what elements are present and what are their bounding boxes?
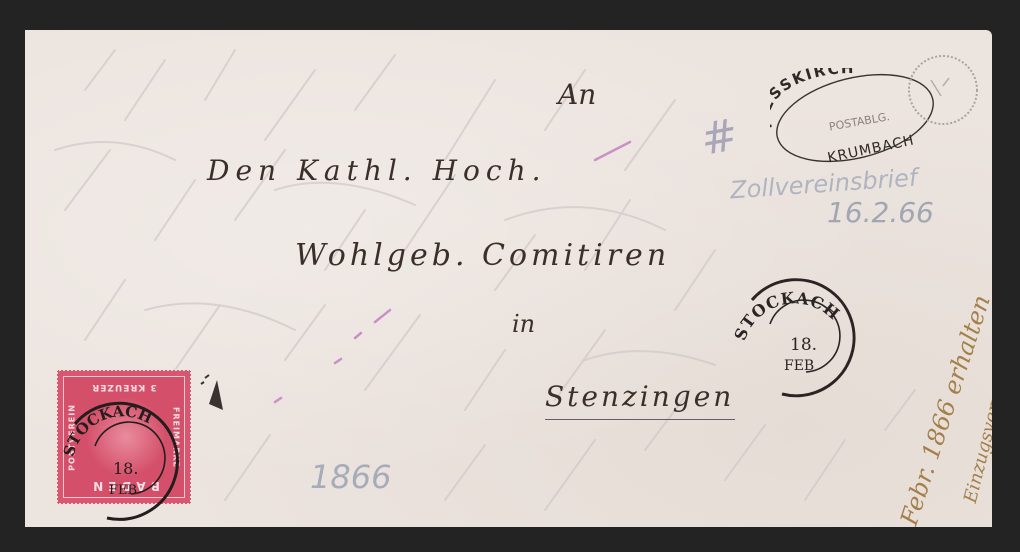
address-an: An bbox=[558, 78, 596, 111]
address-line-3: Stenzingen bbox=[545, 380, 735, 420]
oval-bottom-text: KRUMBACH bbox=[826, 132, 916, 164]
cancel-day: 18. bbox=[113, 459, 138, 478]
faint-circle-postmark bbox=[903, 50, 983, 130]
postmark-month: FEB bbox=[784, 358, 814, 374]
pencil-note-date: 16.2.66 bbox=[827, 196, 934, 229]
cancel-month: FEB bbox=[109, 483, 137, 498]
svg-text:STOCKACH: STOCKACH bbox=[730, 288, 844, 343]
oval-middle-text: POSTABLG. bbox=[828, 110, 891, 133]
stockach-postmark: STOCKACH 18. FEB bbox=[722, 266, 862, 406]
postmark-day: 18. bbox=[790, 335, 817, 355]
address-line-1: Den Kathl. Hoch. bbox=[207, 154, 547, 187]
address-line-2: Wohlgeb. Comitiren bbox=[295, 238, 670, 273]
postmark-town: STOCKACH bbox=[730, 288, 844, 343]
svg-text:STOCKACH: STOCKACH bbox=[60, 402, 155, 458]
stamp-cancel-postmark: STOCKACH 18. FEB bbox=[45, 384, 195, 527]
pencil-note-year: 1866 bbox=[310, 458, 391, 496]
envelope: An Den Kathl. Hoch. Wohlgeb. Comitiren i… bbox=[25, 30, 992, 527]
ink-mark bbox=[195, 370, 245, 430]
cancel-town: STOCKACH bbox=[60, 402, 155, 458]
address-in: in bbox=[512, 310, 535, 338]
